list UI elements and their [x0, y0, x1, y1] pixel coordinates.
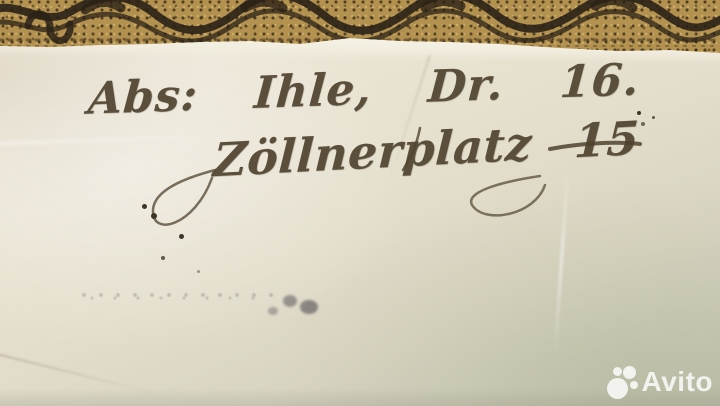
ink-speck — [197, 270, 200, 273]
ink-stain — [300, 300, 318, 314]
ink-speck — [151, 213, 157, 219]
ink-speck — [641, 122, 645, 126]
avito-watermark: Avito — [605, 365, 713, 399]
ink-speck — [142, 204, 147, 209]
avito-watermark-label: Avito — [642, 366, 713, 398]
ink-stain — [283, 295, 297, 307]
old-document-photo: Abs: Ihle, Dr. 16. Zöllnerplatz 15 Avito — [0, 0, 720, 406]
ink-speck — [637, 111, 641, 115]
avito-logo-icon — [605, 365, 638, 399]
ink-speck — [652, 116, 655, 119]
paper-crease — [0, 134, 230, 145]
ink-speck — [161, 256, 165, 260]
paper-crease — [554, 168, 570, 353]
handwriting-line-street: Zöllnerplatz 15 — [212, 111, 641, 188]
ink-stain — [268, 307, 278, 315]
ink-speck — [179, 234, 184, 239]
faded-ink-smudge-row — [80, 289, 275, 302]
